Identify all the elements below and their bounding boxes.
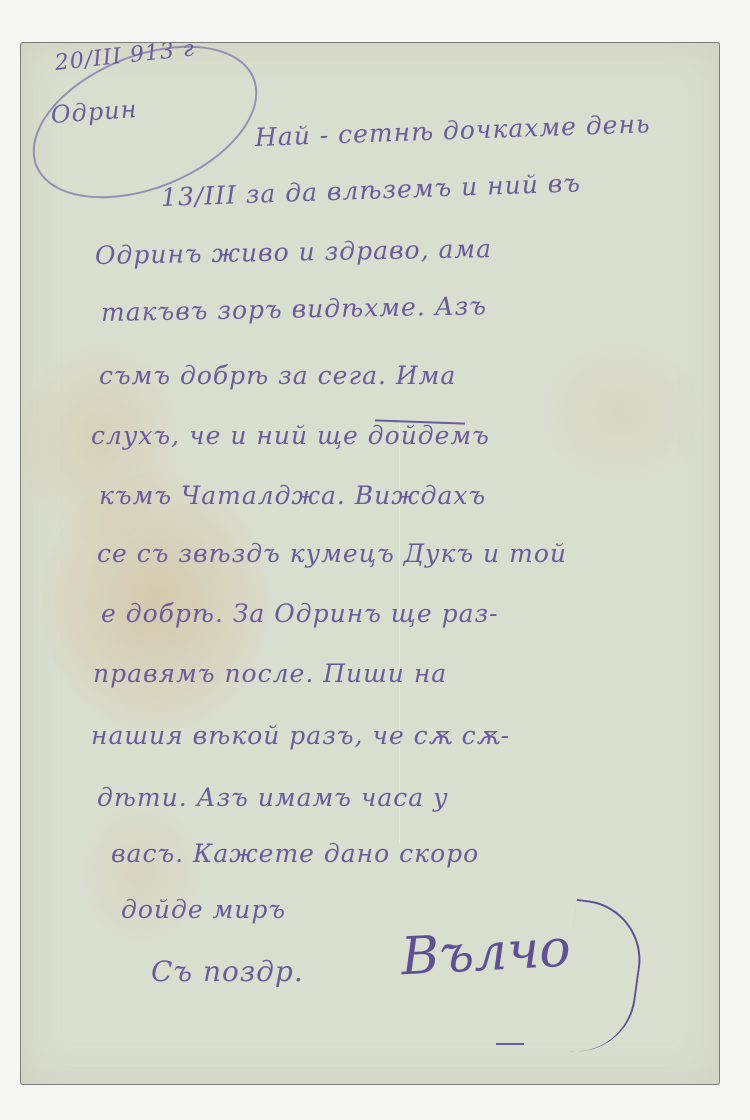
letter-line-11: нашия вѣкой разъ, че сѫ сѫ-	[91, 721, 510, 750]
water-stain	[541, 343, 701, 483]
letter-line-2: 13/III за да влѣземъ и ний въ	[160, 168, 581, 212]
letter-line-1: Най - сетнѣ дочкахме день	[254, 109, 650, 152]
letter-line-10: правямъ после. Пиши на	[93, 659, 447, 688]
letter-line-13: васъ. Кажете дано скоро	[111, 839, 479, 868]
letter-line-4: такъвъ зоръ видѣхме. Азъ	[101, 291, 487, 327]
postcard-back: 20/III 913 г Одрин Най - сетнѣ дочкахме …	[20, 42, 720, 1085]
letter-line-9: е добрѣ. За Одринъ ще раз-	[101, 599, 499, 628]
letter-line-6: слухъ, че и ний ще дойдемъ	[91, 421, 490, 450]
letter-line-14: дойде миръ	[121, 895, 286, 924]
closing-greeting: Съ поздр.	[151, 955, 304, 988]
signature-flourish	[556, 899, 648, 1060]
letter-line-7: къмъ Чаталджа. Виждахъ	[99, 481, 486, 510]
letter-line-5: съмъ добрѣ за сега. Има	[99, 361, 456, 390]
signature-dash	[496, 1043, 524, 1045]
letter-line-8: се съ звѣздъ кумецъ Дукъ и той	[97, 539, 567, 568]
letter-line-12: дѣти. Азъ имамъ часа у	[97, 783, 449, 812]
letter-line-3: Одринъ живо и здраво, ама	[95, 234, 493, 270]
signature: Вълчо	[400, 919, 573, 988]
